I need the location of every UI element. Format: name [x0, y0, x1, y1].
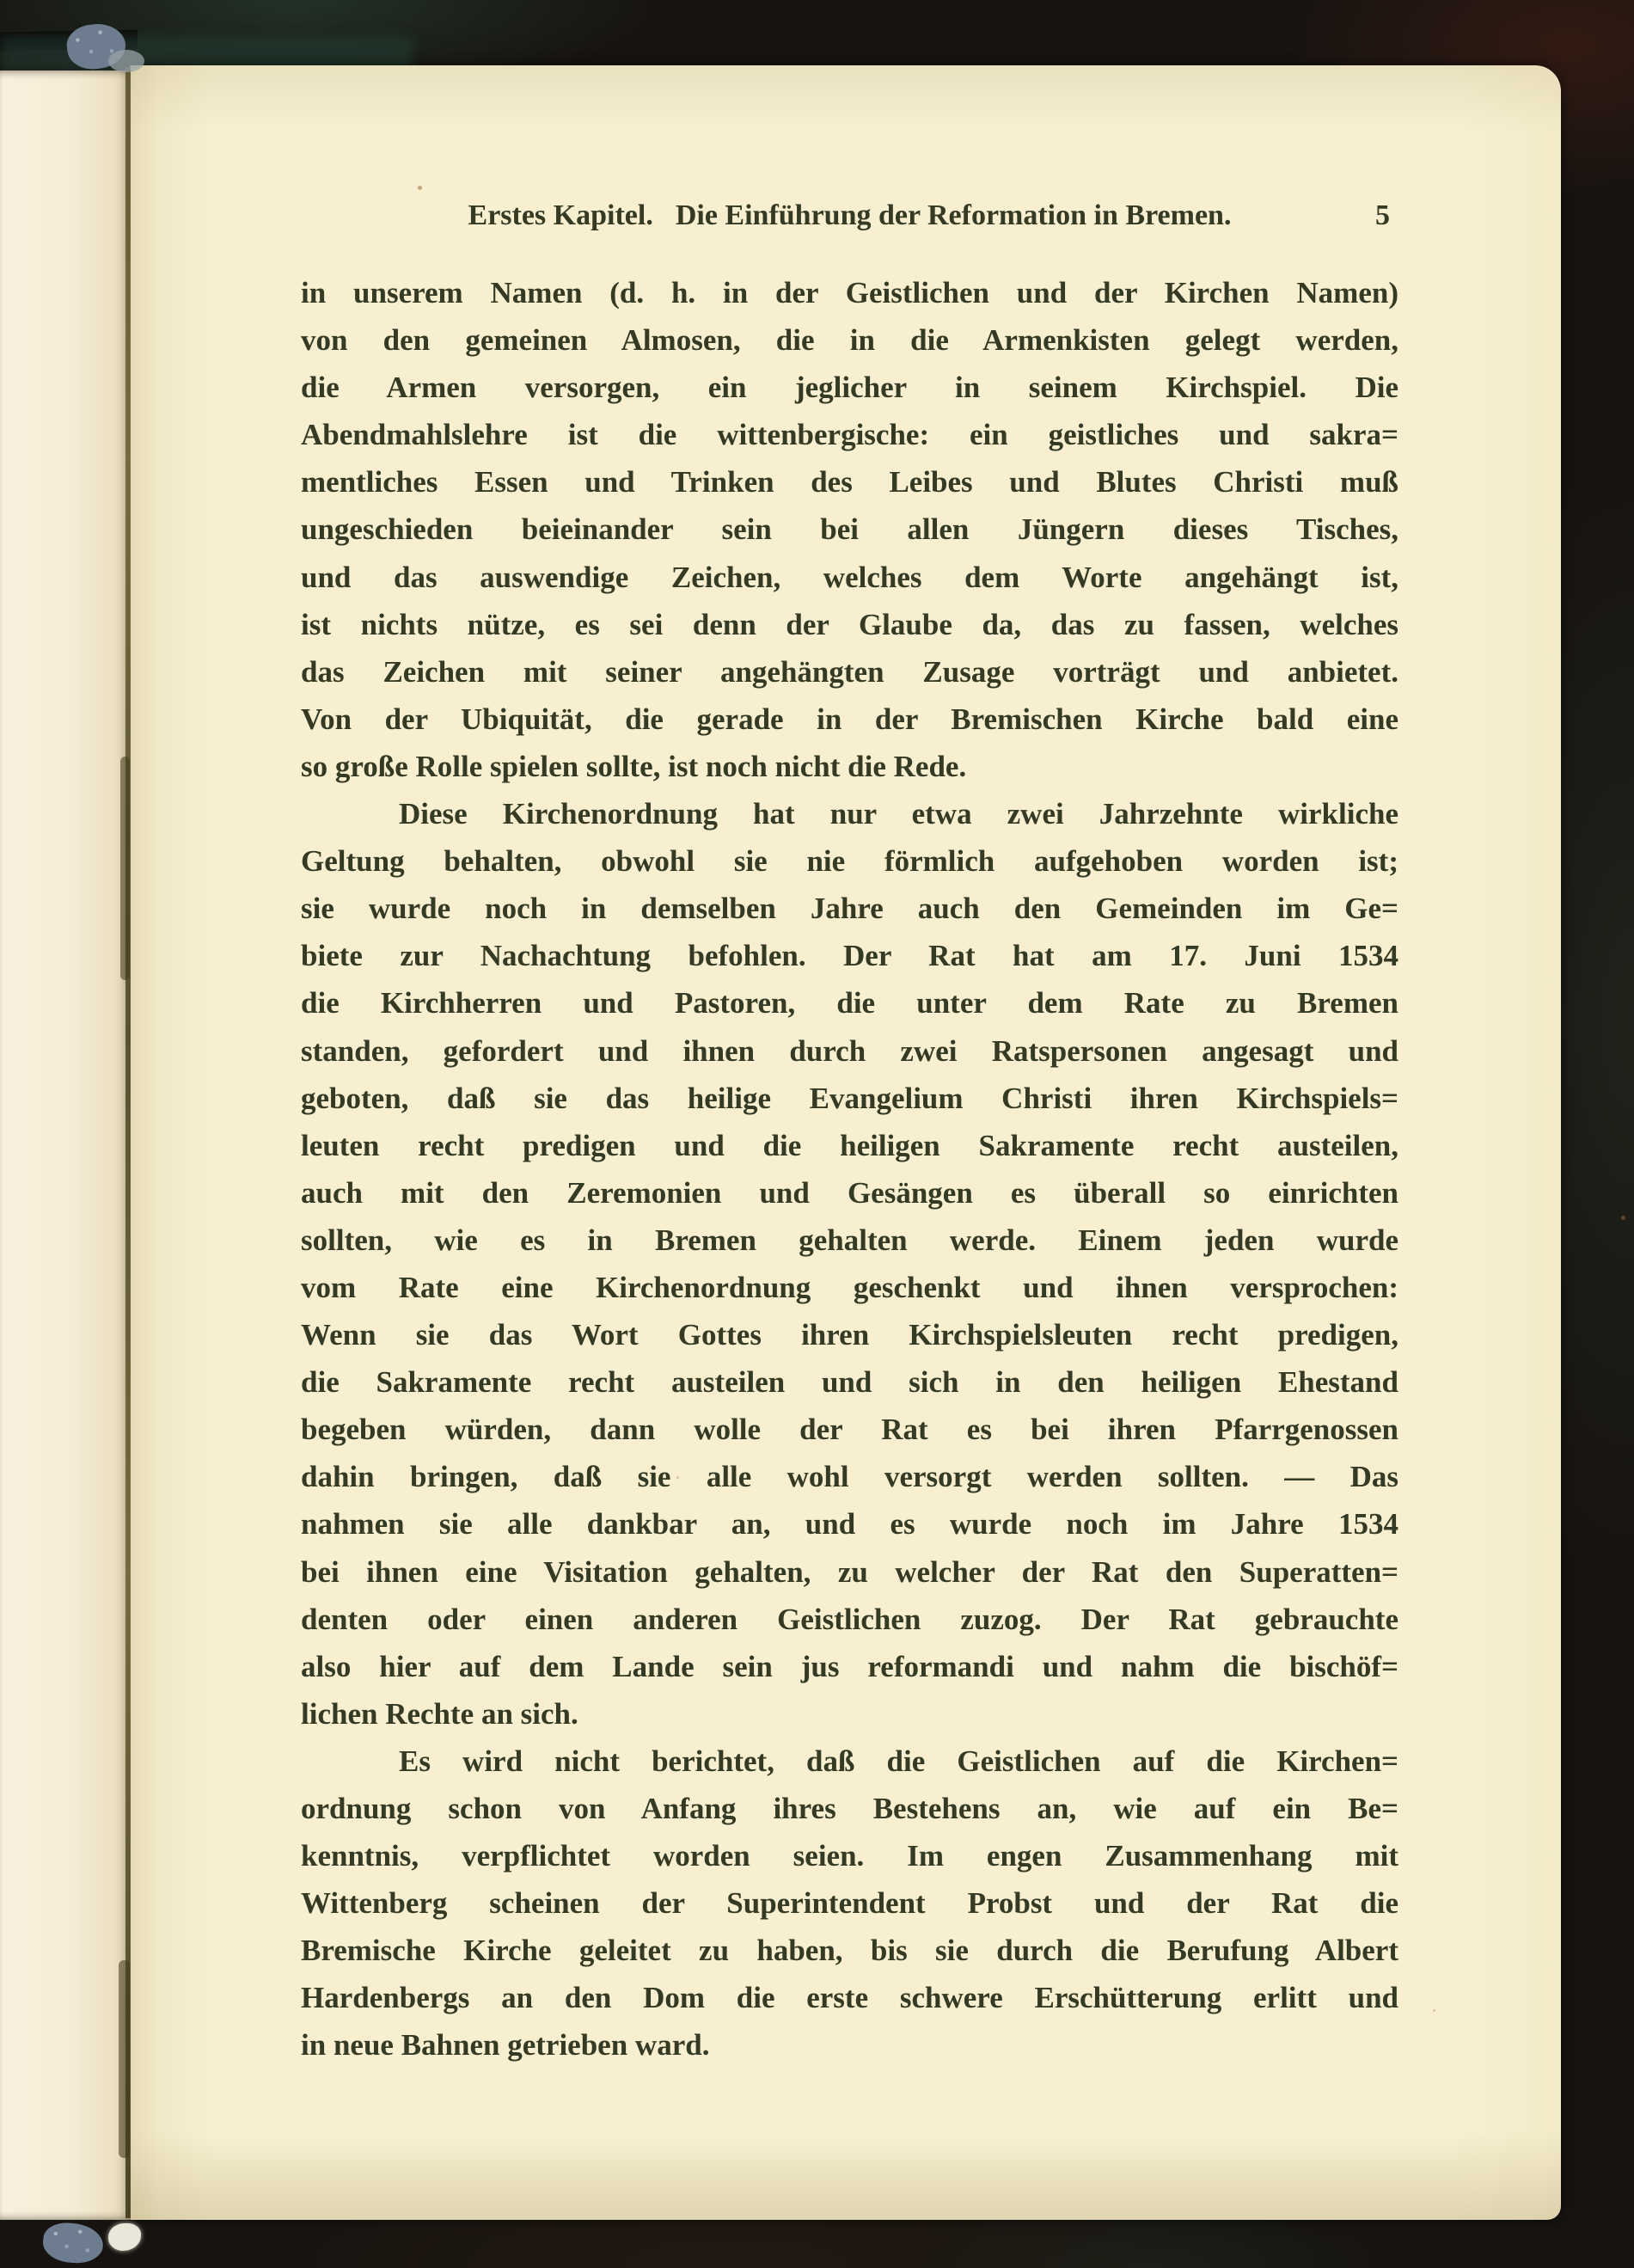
text-line: sollten, wie es in Bremen gehalten werde… — [301, 1217, 1398, 1264]
text-line: kenntnis, verpflichtet worden seien. Im … — [301, 1832, 1398, 1879]
text-line: Hardenbergs an den Dom die erste schwere… — [301, 1974, 1398, 2021]
text-line: und das auswendige Zeichen, welches dem … — [301, 554, 1398, 601]
paper-specks — [418, 186, 422, 190]
text-line: von den gemeinen Almosen, die in die Arm… — [301, 316, 1398, 364]
page-number: 5 — [1375, 196, 1390, 236]
text-line: also hier auf dem Lande sein jus reforma… — [301, 1643, 1398, 1690]
text-line: sie wurde noch in demselben Jahre auch d… — [301, 885, 1398, 932]
text-line: Bremische Kirche geleitet zu haben, bis … — [301, 1927, 1398, 1974]
text-line: Abendmahlslehre ist die wittenbergische:… — [301, 411, 1398, 458]
text-line: das Zeichen mit seiner angehängten Zusag… — [301, 648, 1398, 696]
text-line: ungeschieden beieinander sein bei allen … — [301, 506, 1398, 553]
chapter-label: Erstes Kapitel. — [468, 199, 653, 231]
text-line: standen, gefordert und ihnen durch zwei … — [301, 1027, 1398, 1075]
text-line: Wenn sie das Wort Gottes ihren Kirchspie… — [301, 1311, 1398, 1358]
text-line: in unserem Namen (d. h. in der Geistlich… — [301, 269, 1398, 316]
gutter-crease-blotch — [119, 1960, 130, 2158]
chapter-title: Die Einführung der Reformation in Bremen… — [676, 199, 1232, 231]
text-line: so große Rolle spielen sollte, ist noch … — [301, 743, 1398, 790]
text-line: Geltung behalten, obwohl sie nie förmlic… — [301, 837, 1398, 885]
text-line: nahmen sie alle dankbar an, und es wurde… — [301, 1500, 1398, 1548]
text-line: Wittenberg scheinen der Superintendent P… — [301, 1879, 1398, 1927]
running-header: Erstes Kapitel.Die Einführung der Reform… — [301, 196, 1398, 236]
text-line: dahin bringen, daß sie alle wohl versorg… — [301, 1453, 1398, 1500]
text-line: Diese Kirchenordnung hat nur etwa zwei J… — [301, 790, 1398, 837]
text-line: denten oder einen anderen Geistlichen zu… — [301, 1596, 1398, 1643]
text-line: geboten, daß sie das heilige Evangelium … — [301, 1075, 1398, 1122]
gutter-crease — [125, 67, 131, 2218]
text-line: Von der Ubiquität, die gerade in der Bre… — [301, 696, 1398, 743]
text-line: lichen Rechte an sich. — [301, 1690, 1398, 1738]
text-line: Es wird nicht berichtet, daß die Geistli… — [301, 1738, 1398, 1785]
text-line: biete zur Nachachtung befohlen. Der Rat … — [301, 932, 1398, 979]
text-line: bei ihnen eine Visitation gehalten, zu w… — [301, 1548, 1398, 1596]
text-line: in neue Bahnen getrieben ward. — [301, 2021, 1398, 2069]
text-line: ist nichts nütze, es sei denn der Glaube… — [301, 601, 1398, 648]
gutter-crease-blotch — [120, 757, 130, 980]
text-line: leuten recht predigen und die heiligen S… — [301, 1122, 1398, 1169]
text-line: begeben würden, dann wolle der Rat es be… — [301, 1406, 1398, 1453]
left-page-edge — [0, 70, 130, 2220]
scanned-book-photo: Erstes Kapitel.Die Einführung der Reform… — [0, 0, 1634, 2268]
text-line: mentliches Essen und Trinken des Leibes … — [301, 458, 1398, 506]
book-page: Erstes Kapitel.Die Einführung der Reform… — [130, 65, 1561, 2220]
text-line: auch mit den Zeremonien und Gesängen es … — [301, 1169, 1398, 1217]
text-line: die Sakramente recht austeilen und sich … — [301, 1358, 1398, 1406]
text-line: die Kirchherren und Pastoren, die unter … — [301, 979, 1398, 1027]
text-line: die Armen versorgen, ein jeglicher in se… — [301, 364, 1398, 411]
text-line: ordnung schon von Anfang ihres Bestehens… — [301, 1785, 1398, 1832]
headband-cloth-top-small — [108, 50, 144, 72]
body-text: in unserem Namen (d. h. in der Geistlich… — [301, 269, 1398, 2069]
text-line: vom Rate eine Kirchenordnung geschenkt u… — [301, 1264, 1398, 1311]
